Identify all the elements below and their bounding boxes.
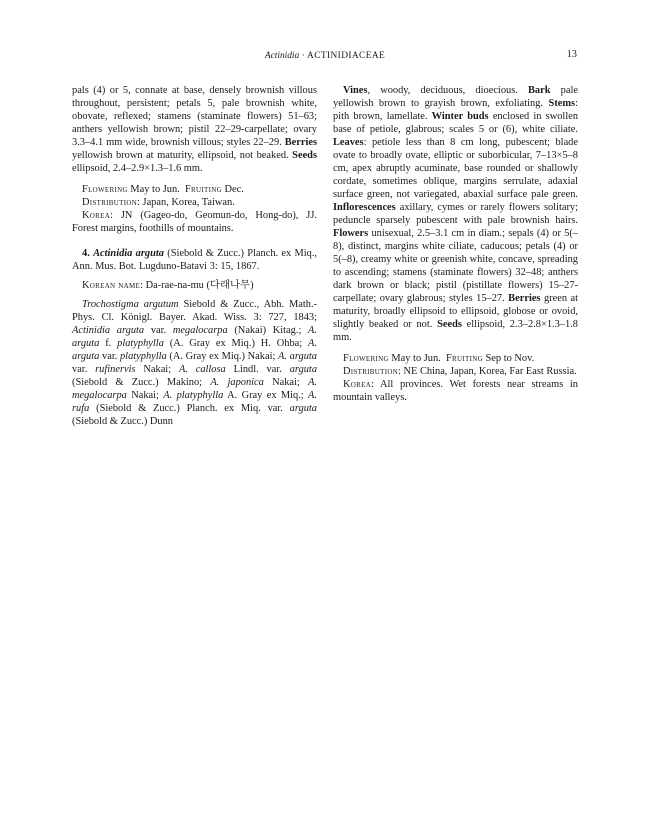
text-columns: pals (4) or 5, connate at base, densely … xyxy=(72,84,578,428)
phenology-line: Flowering May to Jun. Fruiting Dec. xyxy=(72,183,317,196)
species-description: Vines, woody, deciduous, dioecious. Bark… xyxy=(333,84,578,344)
right-column: Vines, woody, deciduous, dioecious. Bark… xyxy=(333,84,578,428)
distribution-line: Distribution: Japan, Korea, Taiwan. xyxy=(72,196,317,209)
species-heading: 4. Actinidia arguta (Siebold & Zucc.) Pl… xyxy=(72,247,317,273)
page-number: 13 xyxy=(567,49,577,61)
document-page: Actinidia · ACTINIDIACEAE 13 pals (4) or… xyxy=(0,0,652,830)
page-header: Actinidia · ACTINIDIACEAE 13 xyxy=(72,50,578,64)
synonymy-paragraph: Trochostigma argutum Siebold & Zucc., Ab… xyxy=(72,298,317,428)
running-title: Actinidia · ACTINIDIACEAE xyxy=(72,50,578,62)
korean-name-line: Korean name: Da-rae-na-mu (다래나무) xyxy=(72,279,317,292)
phenology-line: Flowering May to Jun. Fruiting Sep to No… xyxy=(333,352,578,365)
korea-line: Korea: JN (Gageo-do, Geomun-do, Hong-do)… xyxy=(72,209,317,235)
running-title-genus: Actinidia xyxy=(265,51,299,61)
running-title-family: ACTINIDIACEAE xyxy=(307,51,385,61)
korea-line: Korea: All provinces. Wet forests near s… xyxy=(333,378,578,404)
left-column: pals (4) or 5, connate at base, densely … xyxy=(72,84,317,428)
running-title-separator: · xyxy=(299,51,307,61)
distribution-line: Distribution: NE China, Japan, Korea, Fa… xyxy=(333,365,578,378)
continuation-paragraph: pals (4) or 5, connate at base, densely … xyxy=(72,84,317,175)
